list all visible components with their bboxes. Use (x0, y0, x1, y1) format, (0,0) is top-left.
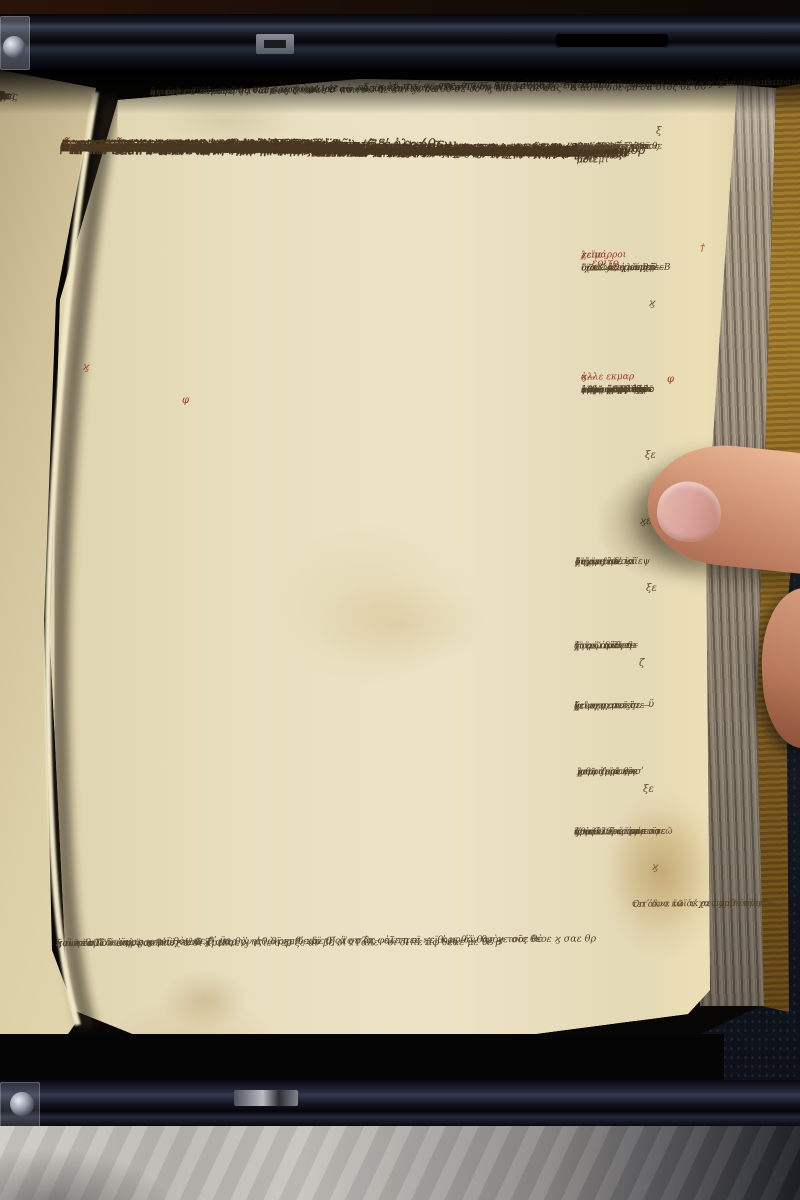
rail-screw-top-left (3, 36, 25, 58)
marginal-glyph: ϋ (648, 699, 654, 710)
margin-note-line: ἀτϊμῶ δϊοντ— (574, 640, 639, 653)
rubric-glyph: εοϊτο (592, 258, 619, 270)
margin-note-line: λαῶ τʹ ϊῶν— (577, 766, 635, 779)
rail-screw-bottom-left (10, 1092, 34, 1116)
gutter-fold (0, 0, 800, 1200)
marginal-glyph: ξε (646, 583, 657, 594)
manuscript-line: ϋμῦθϊϋολαϊϊλοχϊο δϊὸστϊκʹ ἀτρϋοτϋμη (62, 136, 338, 159)
marginal-glyph: ϗ (652, 862, 658, 873)
rail-slot (556, 34, 668, 47)
margin-note: ζετη λϊθρε ϊμαεἀθροελ ϊαε ἀγʹ εααπραλʹ π… (574, 826, 686, 827)
marginal-glyph: ζ (639, 658, 644, 669)
scanner-rail-bottom (0, 1080, 800, 1130)
manuscript-line: Ϲπ ἀκνε ϊῶ ἀκχα πορεε πϊκρε τʹ χαϊς δεε … (310, 137, 598, 161)
cradle-shelf-shadow (0, 1034, 724, 1084)
margin-note-line: ϗ σεθε :— (574, 826, 619, 839)
gutter-shadow (60, 96, 112, 1028)
rubric-glyph: φ (182, 395, 189, 406)
marginal-glyph: ξε (643, 784, 654, 795)
manuscript-line: ϗ σοθε (0, 86, 4, 107)
rubric-glyph: ϗ (83, 362, 89, 373)
rubric-lemma: ἀλλε εκμαρ (581, 371, 634, 384)
marginal-glyph: ϗ (649, 298, 655, 309)
margin-note-line: ϋμεος :— (577, 141, 619, 154)
margin-note: τον ἐῆ ϗ ϊῶ περϊφαι τον ΐε τʹ αϊ θεκαλῶ.… (577, 141, 663, 142)
scanner-rail-top (0, 14, 800, 70)
manuscript-line: ϗ ὁ σεθε ϊ δε ϋμαρ ϗ τοϊ θὸν σε θʹ ϋε (56, 934, 231, 950)
rail-clamp-top (256, 34, 294, 54)
table-cloth (0, 1126, 800, 1200)
margin-note: ἀλλε εκμαρ ϗ—γαϊῶ μτηλ θϊμʹἀθρα χθεψ ϊσε… (581, 371, 693, 384)
rubric-glyph: † (700, 243, 705, 254)
rubric-glyph: φ (667, 374, 674, 385)
marginal-glyph: ξε (645, 450, 656, 461)
margin-note: τετʹ δνο καϊ τʹ σες χαθ ϋπρεσεϹπ ἀκνε ϊῶ… (632, 897, 794, 898)
margin-note-line: κρϊοε κϊλε ἀἀρε (581, 383, 654, 396)
margin-note-line: Ϲπ ἀκνε ϊῶ ἀκχα πορμε πϊκρʹ— (632, 897, 775, 911)
marginal-glyph: ξ (656, 126, 662, 137)
thumb-nail (654, 479, 724, 545)
rail-clamp-bottom (234, 1090, 298, 1106)
margin-note-line: ϗεε σες σεε σε— (574, 700, 650, 713)
manuscript-photo-stage: -εαϊ θρξεμνομἡμενῦϋλετʹ αδʹ ϊλαεϋγραϊεϋη… (0, 0, 800, 1200)
